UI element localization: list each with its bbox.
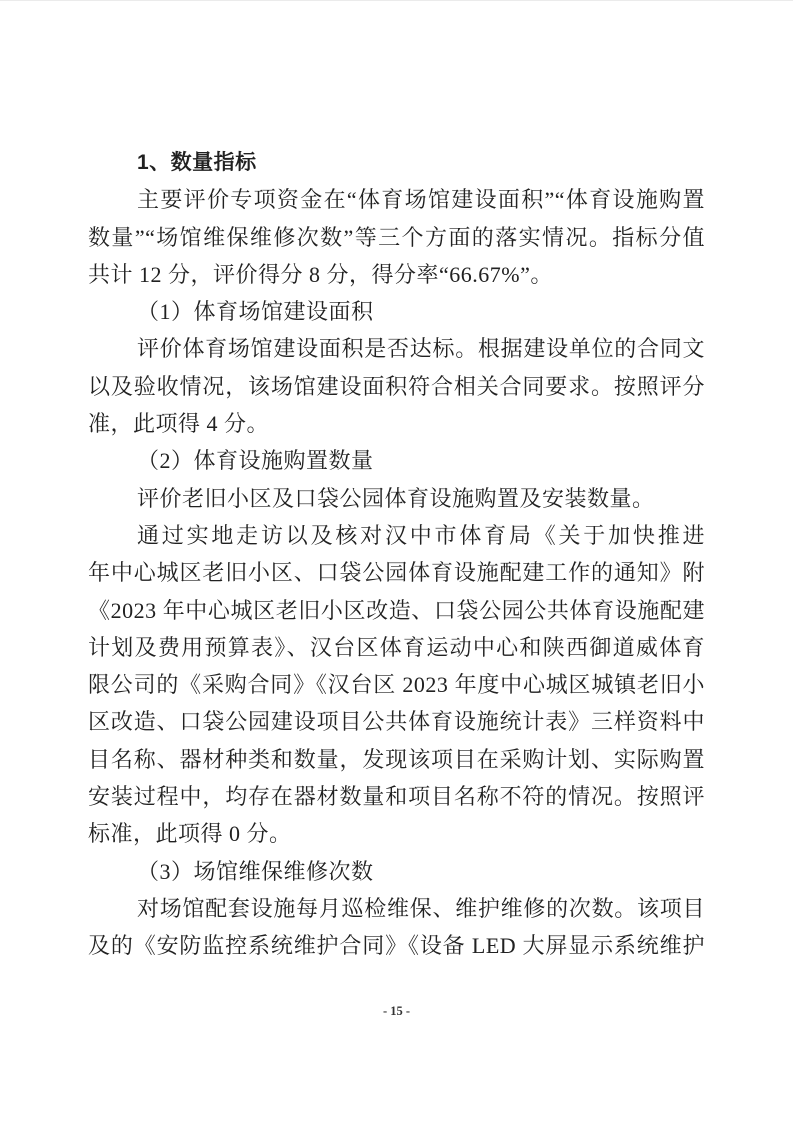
document-line: 目名称、器材种类和数量，发现该项目在采购计划、实际购置及 [88, 741, 705, 778]
document-heading-line: 1、数量指标 [88, 144, 705, 181]
document-page: 1、数量指标主要评价专项资金在“体育场馆建设面积”“体育设施购置数量”“场馆维保… [0, 0, 793, 1122]
document-heading-line: （3）场馆维保维修次数 [88, 853, 705, 890]
document-line: 《2023 年中心城区老旧小区改造、口袋公园公共体育设施配建 [88, 592, 705, 629]
document-line: 评价体育场馆建设面积是否达标。根据建设单位的合同文件 [88, 330, 705, 367]
document-line: 以及验收情况，该场馆建设面积符合相关合同要求。按照评分标 [88, 368, 705, 405]
document-line: 对场馆配套设施每月巡检维保、维护维修的次数。该项目涉 [88, 890, 705, 927]
document-line: 安装过程中，均存在器材数量和项目名称不符的情况。按照评分 [88, 778, 705, 815]
document-line: 共计 12 分，评价得分 8 分，得分率“66.67%”。 [88, 256, 705, 293]
document-line: 限公司的《采购合同》《汉台区 2023 年度中心城区城镇老旧小 [88, 666, 705, 703]
document-heading-line: （1）体育场馆建设面积 [88, 293, 705, 330]
document-line: 主要评价专项资金在“体育场馆建设面积”“体育设施购置 [88, 181, 705, 218]
page-number: - 15 - [0, 1004, 793, 1019]
document-line: 年中心城区老旧小区、口袋公园体育设施配建工作的通知》附件 [88, 554, 705, 591]
document-line: 及的《安防监控系统维护合同》《设备 LED 大屏显示系统维护合 [88, 927, 705, 964]
document-line: 通过实地走访以及核对汉中市体育局《关于加快推进 2023 [88, 517, 705, 554]
document-line: 数量”“场馆维保维修次数”等三个方面的落实情况。指标分值 [88, 219, 705, 256]
document-content: 1、数量指标主要评价专项资金在“体育场馆建设面积”“体育设施购置数量”“场馆维保… [88, 144, 705, 965]
document-line: 评价老旧小区及口袋公园体育设施购置及安装数量。 [88, 480, 705, 517]
document-heading-line: （2）体育设施购置数量 [88, 442, 705, 479]
document-line: 计划及费用预算表》、汉台区体育运动中心和陕西御道威体育有 [88, 629, 705, 666]
document-line: 标准，此项得 0 分。 [88, 815, 705, 852]
page-top-edge [0, 0, 793, 1]
document-line: 区改造、口袋公园建设项目公共体育设施统计表》三样资料中项 [88, 703, 705, 740]
document-line: 准，此项得 4 分。 [88, 405, 705, 442]
